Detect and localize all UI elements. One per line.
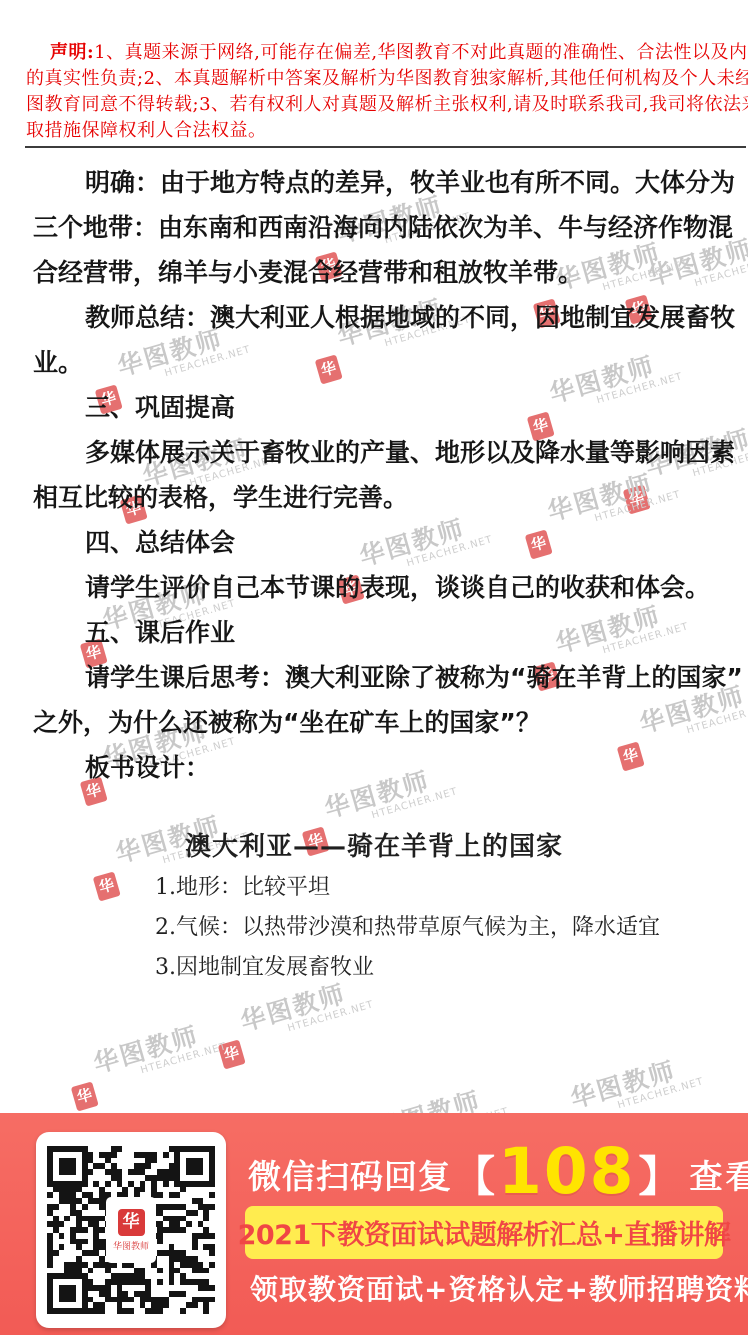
huatu-logo-icon: 华 — [71, 1081, 99, 1111]
board-items: 1.地形：比较平坦2.气候：以热带沙漠和热带草原气候为主，降水适宜3.因地制宜发… — [155, 868, 660, 988]
huatu-logo-icon: 华 — [218, 1039, 246, 1069]
disclaimer: 声明:1、真题来源于网络,可能存在偏差,华图教育不对此真题的准确性、合法性以及内… — [26, 40, 738, 144]
disclaimer-text: 1、真题来源于网络,可能存在偏差,华图教育不对此真题的准确性、合法性以及内容 — [94, 42, 748, 63]
board-item: 1.地形：比较平坦 — [155, 868, 660, 908]
qr-module — [209, 1308, 215, 1314]
body-line: 之外，为什么还被称为“坐在矿车上的国家”？ — [33, 700, 727, 745]
disclaimer-line: 声明:1、真题来源于网络,可能存在偏差,华图教育不对此真题的准确性、合法性以及内… — [26, 40, 738, 66]
body-line: 明确：由于地方特点的差异，牧羊业也有所不同。大体分为 — [33, 160, 727, 205]
body-line: 业。 — [33, 340, 727, 385]
divider — [25, 146, 746, 148]
watermark-domain: HTEACHER.NET — [370, 786, 459, 821]
footer-banner: 华 华图教师 微信扫码回复 【 108 】 查看 2021下教资面试试题解析汇总… — [0, 1113, 748, 1335]
body-line: 请学生评价自己本节课的表现，谈谈自己的收获和体会。 — [33, 565, 727, 610]
bracket-close: 】 — [639, 1144, 681, 1204]
huatu-logo-icon: 华 — [118, 1209, 145, 1236]
watermark-domain: HTEACHER.NET — [616, 1076, 705, 1111]
body-line: 教师总结：澳大利亚人根据地域的不同，因地制宜发展畜牧 — [33, 295, 727, 340]
body-line: 板书设计： — [33, 745, 727, 790]
disclaimer-label: 声明: — [50, 42, 94, 63]
watermark-domain: HTEACHER.NET — [139, 1041, 228, 1076]
watermark: 华华图教师HTEACHER.NET — [60, 1003, 244, 1116]
body-line: 三个地带：由东南和西南沿海向内陆依次为羊、牛与经济作物混 — [33, 205, 727, 250]
body-line: 相互比较的表格，学生进行完善。 — [33, 475, 727, 520]
watermark-brand: 华图教师 — [566, 1051, 680, 1115]
board-title: 澳大利亚——骑在羊背上的国家 — [24, 826, 724, 863]
board-item: 3.因地制宜发展畜牧业 — [155, 948, 660, 988]
disclaimer-line: 取措施保障权利人合法权益。 — [26, 118, 738, 144]
board-item: 2.气候：以热带沙漠和热带草原气候为主，降水适宜 — [155, 908, 660, 948]
bracket-open: 【 — [453, 1144, 495, 1204]
qr-code: 华 华图教师 — [36, 1132, 226, 1328]
highlight-box: 2021下教资面试试题解析汇总+直播讲解 — [245, 1206, 723, 1259]
resources-line: 领取教资面试+资格认定+教师招聘资料 — [250, 1268, 748, 1308]
lesson-body: 明确：由于地方特点的差异，牧羊业也有所不同。大体分为三个地带：由东南和西南沿海向… — [33, 160, 727, 790]
reply-code: 108 — [498, 1135, 636, 1208]
disclaimer-line: 的真实性负责;2、本真题解析中答案及解析为华图教育独家解析,其他任何机构及个人未… — [26, 66, 738, 92]
body-line: 合经营带，绵羊与小麦混合经营带和租放牧羊带。 — [33, 250, 727, 295]
view-label: 查看 — [690, 1151, 748, 1198]
body-line: 五、课后作业 — [33, 610, 727, 655]
huatu-logo-icon: 华 — [93, 871, 121, 901]
body-line: 请学生课后思考：澳大利亚除了被称为“骑在羊背上的国家” — [33, 655, 727, 700]
body-line: 三、巩固提高 — [33, 385, 727, 430]
watermark-brand: 华图教师 — [89, 1016, 203, 1080]
watermark-domain: HTEACHER.NET — [286, 999, 375, 1034]
body-line: 四、总结体会 — [33, 520, 727, 565]
scan-instruction: 微信扫码回复 — [248, 1151, 452, 1198]
highlight-text: 2021下教资面试试题解析汇总+直播讲解 — [238, 1213, 731, 1252]
qr-center-badge: 华 华图教师 — [106, 1197, 156, 1263]
document-page: 华华图教师HTEACHER.NET华华图教师HTEACHER.NET华华图教师H… — [0, 0, 748, 1335]
banner-line1: 微信扫码回复 【 108 】 查看 — [248, 1141, 748, 1207]
disclaimer-line: 图教育同意不得转载;3、若有权利人对真题及解析主张权利,请及时联系我司,我司将依… — [26, 92, 738, 118]
qr-badge-label: 华图教师 — [113, 1239, 149, 1252]
body-line: 多媒体展示关于畜牧业的产量、地形以及降水量等影响因素 — [33, 430, 727, 475]
